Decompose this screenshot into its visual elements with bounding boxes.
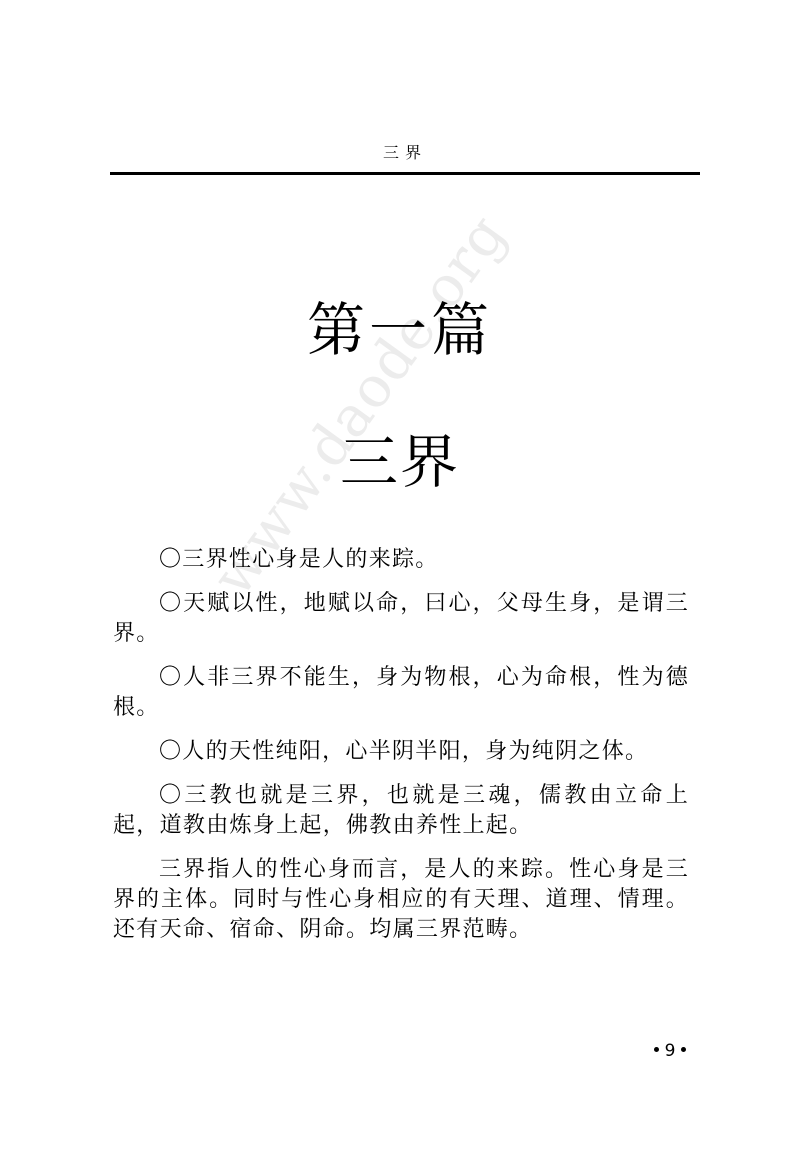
paragraph: 〇三教也就是三界，也就是三魂，儒教由立命上起，道教由炼身上起，佛教由养性上起。 [113,781,689,841]
book-page: www.daode.org 三界 第一篇 三界 〇三界性心身是人的来踪。 〇天赋… [0,0,794,1149]
chapter-title: 三界 [0,428,794,496]
paragraph: 三界指人的性心身而言，是人的来踪。性心身是三界的主体。同时与性心身相应的有天理、… [113,855,689,945]
body-text: 〇三界性心身是人的来踪。 〇天赋以性，地赋以命，曰心，父母生身，是谓三界。 〇人… [113,545,689,959]
page-number-value: 9 [665,1041,676,1061]
bullet-dot-icon [654,1047,659,1052]
paragraph: 〇人的天性纯阳，心半阴半阳，身为纯阴之体。 [113,737,689,767]
header-rule [110,172,700,175]
paragraph: 〇天赋以性，地赋以命，曰心，父母生身，是谓三界。 [113,589,689,649]
paragraph: 〇人非三界不能生，身为物根，心为命根，性为德根。 [113,663,689,723]
part-title: 第一篇 [0,296,794,364]
running-header: 三界 [110,143,700,163]
bullet-dot-icon [681,1047,686,1052]
page-number: 9 [630,1040,710,1062]
paragraph: 〇三界性心身是人的来踪。 [113,545,689,575]
